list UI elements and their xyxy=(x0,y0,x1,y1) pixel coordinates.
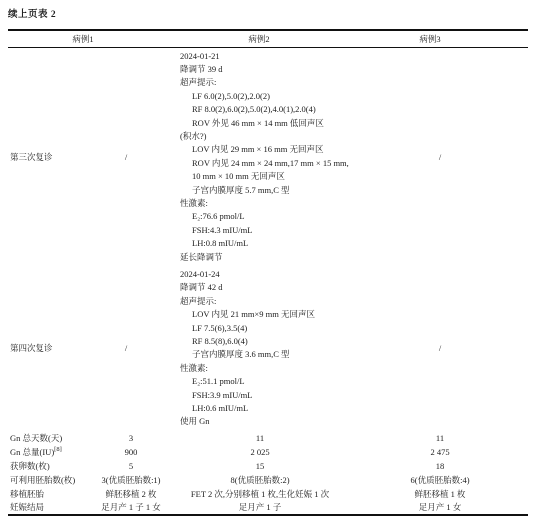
row-label: Gn 总量(IU)[8] xyxy=(8,445,96,459)
visit3-line: LH:0.8 mIU/mL xyxy=(178,237,352,250)
row-usable-embryos: 可利用胚胎数(枚) 3(优质胚胎数:1) 8(优质胚胎数:2) 6(优质胚胎数:… xyxy=(8,473,528,487)
visit3-line: LOV 内见 29 mm × 16 mm 无回声区 xyxy=(178,143,352,156)
visit3-line: RF 8.0(2),6.0(2),5.0(2),4.0(1),2.0(4) xyxy=(178,103,352,116)
visit3-line: E₂:76.6 pmol/L xyxy=(178,210,352,223)
visit4-line: E₂:51.1 pmol/L xyxy=(178,375,352,388)
visit3-line: 子宫内膜厚度 5.7 mm,C 型 xyxy=(178,184,352,197)
case-comparison-table: 病例1 病例2 病例3 第三次复诊 / 2024-01-21 降调节 39 d … xyxy=(8,29,528,516)
case1-value: 900 xyxy=(96,445,178,459)
case3-value: 足月产 1 女 xyxy=(352,501,528,515)
visit3-label: 第三次复诊 xyxy=(8,47,96,266)
row-label: Gn 总天数(天) xyxy=(8,431,96,445)
visit4-label: 第四次复诊 xyxy=(8,266,96,431)
visit4-line: LF 7.5(6),3.5(4) xyxy=(178,322,352,335)
row-gn-total-days: Gn 总天数(天) 3 11 11 xyxy=(8,431,528,445)
visit3-case2-block: 2024-01-21 降调节 39 d 超声提示: LF 6.0(2),5.0(… xyxy=(178,47,352,266)
visit4-row: 第四次复诊 / 2024-01-24 降调节 42 d 超声提示: LOV 内见… xyxy=(8,266,528,431)
visit4-case2-block: 2024-01-24 降调节 42 d 超声提示: LOV 内见 21 mm×9… xyxy=(178,266,352,431)
citation-superscript: [8] xyxy=(54,446,62,453)
visit3-line: ROV 内见 24 mm × 24 mm,17 mm × 15 mm, xyxy=(178,157,352,170)
paper-page: 续上页表 2 病例1 病例2 病例3 第三次复诊 / 2024-01-21 降调… xyxy=(0,0,535,516)
visit4-line: 超声提示: xyxy=(178,295,352,308)
row-embryo-transfer: 移植胚胎 鲜胚移植 2 枚 FET 2 次,分别移植 1 枚,生化妊娠 1 次 … xyxy=(8,487,528,501)
case3-value: 6(优质胚胎数:4) xyxy=(352,473,528,487)
visit3-case3-value: / xyxy=(352,47,528,266)
visit3-line: 延长降调节 xyxy=(178,251,352,264)
header-row: 病例1 病例2 病例3 xyxy=(8,30,528,47)
row-pregnancy-outcome: 妊娠结局 足月产 1 子 1 女 足月产 1 子 足月产 1 女 xyxy=(8,501,528,515)
col-header-case2: 病例2 xyxy=(178,30,352,47)
visit3-line: 性激素: xyxy=(178,197,352,210)
row-oocytes-retrieved: 获卵数(枚) 5 15 18 xyxy=(8,459,528,473)
visit3-case1-value: / xyxy=(96,47,178,266)
visit4-case1-value: / xyxy=(96,266,178,431)
case3-value: 11 xyxy=(352,431,528,445)
row-label: 妊娠结局 xyxy=(8,501,96,515)
case2-value: 15 xyxy=(178,459,352,473)
visit4-case3-value: / xyxy=(352,266,528,431)
case1-value: 鲜胚移植 2 枚 xyxy=(96,487,178,501)
case3-value: 鲜胚移植 1 枚 xyxy=(352,487,528,501)
visit4-line: 子宫内膜厚度 3.6 mm,C 型 xyxy=(178,348,352,361)
visit4-line: LOV 内见 21 mm×9 mm 无回声区 xyxy=(178,308,352,321)
visit4-line: 2024-01-24 xyxy=(178,268,352,281)
row-gn-total-dose: Gn 总量(IU)[8] 900 2 025 2 475 xyxy=(8,445,528,459)
case2-value: 8(优质胚胎数:2) xyxy=(178,473,352,487)
continued-table-title: 续上页表 2 xyxy=(8,6,528,20)
case2-value: 11 xyxy=(178,431,352,445)
visit4-line: LH:0.6 mIU/mL xyxy=(178,402,352,415)
visit3-line: 超声提示: xyxy=(178,76,352,89)
visit4-line: 使用 Gn xyxy=(178,415,352,428)
row-label: 获卵数(枚) xyxy=(8,459,96,473)
visit3-line: (积水?) xyxy=(178,130,352,143)
case1-value: 3(优质胚胎数:1) xyxy=(96,473,178,487)
visit3-line: 10 mm × 10 mm 无回声区 xyxy=(178,170,352,183)
visit3-line: LF 6.0(2),5.0(2),2.0(2) xyxy=(178,90,352,103)
case2-value: 足月产 1 子 xyxy=(178,501,352,515)
case3-value: 2 475 xyxy=(352,445,528,459)
visit3-line: ROV 外见 46 mm × 14 mm 低回声区 xyxy=(178,117,352,130)
visit3-line: 2024-01-21 xyxy=(178,50,352,63)
visit4-line: 性激素: xyxy=(178,362,352,375)
case1-value: 足月产 1 子 1 女 xyxy=(96,501,178,515)
visit3-line: FSH:4.3 mIU/mL xyxy=(178,224,352,237)
case2-value: FET 2 次,分别移植 1 枚,生化妊娠 1 次 xyxy=(178,487,352,501)
case1-value: 3 xyxy=(96,431,178,445)
visit4-line: FSH:3.9 mIU/mL xyxy=(178,389,352,402)
visit3-line: 降调节 39 d xyxy=(178,63,352,76)
row-label-text: Gn 总量(IU) xyxy=(10,447,54,457)
case1-value: 5 xyxy=(96,459,178,473)
case2-value: 2 025 xyxy=(178,445,352,459)
visit3-row: 第三次复诊 / 2024-01-21 降调节 39 d 超声提示: LF 6.0… xyxy=(8,47,528,266)
col-header-case1: 病例1 xyxy=(8,30,178,47)
row-label: 移植胚胎 xyxy=(8,487,96,501)
case3-value: 18 xyxy=(352,459,528,473)
col-header-case3: 病例3 xyxy=(352,30,528,47)
visit4-line: RF 8.5(8),6.0(4) xyxy=(178,335,352,348)
row-label: 可利用胚胎数(枚) xyxy=(8,473,96,487)
visit4-line: 降调节 42 d xyxy=(178,281,352,294)
